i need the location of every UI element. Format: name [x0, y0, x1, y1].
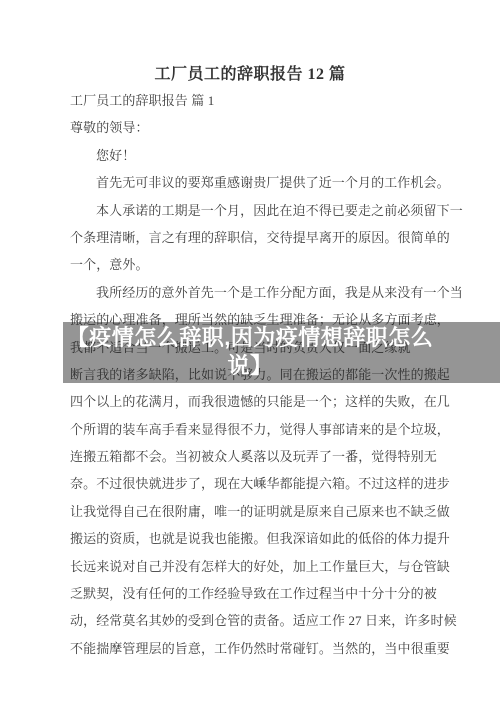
document-page: 工厂员工的辞职报告 12 篇 工厂员工的辞职报告 篇 1尊敬的领导：您好！首先无…	[0, 0, 500, 706]
text-line: 尊敬的领导：	[70, 114, 440, 141]
text-line: 个所谓的装车高手看来显得很不力，觉得人事部请来的是个垃圾，	[70, 416, 440, 443]
document-title: 工厂员工的辞职报告 12 篇	[0, 61, 500, 84]
text-line: 一个，意外。	[70, 251, 440, 278]
text-line: 搬运的资质，也就是说我也能搬。但我深谙如此的低俗的体力提升	[70, 525, 440, 552]
text-line: 不能揣摩管理层的旨意，工作仍然时常碰钉。当然的，当中很重要	[70, 635, 440, 662]
text-line: 乏默契，没有任何的工作经验导致在工作过程当中十分十分的被	[70, 580, 440, 607]
text-line: 动，经常莫名其妙的受到仓管的责备。适应工作 27 日来，许多时候	[70, 607, 440, 634]
text-line: 四个以上的花满月，而我很遗憾的只能是一个；这样的失败，在几	[70, 388, 440, 415]
watermark-title-line1: 【疫情怎么辞职,因为疫情想辞职怎么	[0, 324, 500, 352]
text-line: 个条理清晰，言之有理的辞职信，交待提早离开的原因。很简单的	[70, 224, 440, 251]
text-line: 长远来说对自己并没有怎样大的好处，加上工作量巨大，与仓管缺	[70, 553, 440, 580]
watermark-title: 【疫情怎么辞职,因为疫情想辞职怎么 说】	[0, 324, 500, 380]
text-line: 连搬五箱都不会。当初被众人奚落以及玩弄了一番，觉得特别无	[70, 443, 440, 470]
text-line: 本人承诺的工期是一个月，因此在迫不得已要走之前必须留下一	[70, 197, 440, 224]
text-line: 让我觉得自己在很附庸，唯一的证明就是原来自己原来也不缺乏做	[70, 498, 440, 525]
text-line: 工厂员工的辞职报告 篇 1	[70, 87, 440, 114]
watermark-title-line2: 说】	[0, 352, 500, 380]
text-line: 奈。不过很快就进步了，现在大嵊华都能提六箱。不过这样的进步	[70, 470, 440, 497]
text-line: 我所经历的意外首先一个是工作分配方面，我是从来没有一个当	[70, 279, 440, 306]
text-line: 首先无可非议的要郑重感谢贵厂提供了近一个月的工作机会。	[70, 169, 440, 196]
text-line: 您好！	[70, 142, 440, 169]
